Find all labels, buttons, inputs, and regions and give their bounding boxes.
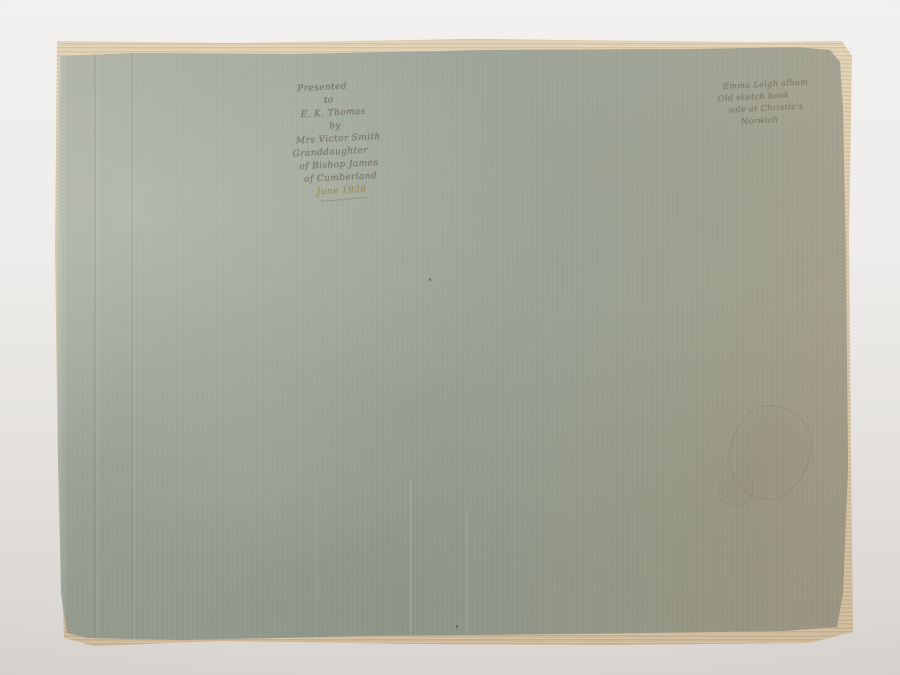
wrinkle-mark: [316, 478, 319, 638]
wrinkle-mark: [410, 480, 413, 636]
paper-texture: [54, 38, 854, 650]
spine-crease: [94, 50, 98, 638]
wrinkle-mark: [466, 508, 469, 636]
inscription-left: Presented to E. K. Thomas by Mrs Victor …: [287, 76, 433, 202]
front-cover: Presented to E. K. Thomas by Mrs Victor …: [54, 38, 854, 650]
photo-backdrop: Presented to E. K. Thomas by Mrs Victor …: [0, 0, 900, 675]
spine-crease: [131, 50, 135, 638]
sketchbook: Presented to E. K. Thomas by Mrs Victor …: [54, 38, 854, 650]
speck: [456, 625, 458, 628]
inscription-right: Emma Leigh album Old sketch book sale at…: [713, 75, 845, 130]
speck: [429, 278, 431, 281]
